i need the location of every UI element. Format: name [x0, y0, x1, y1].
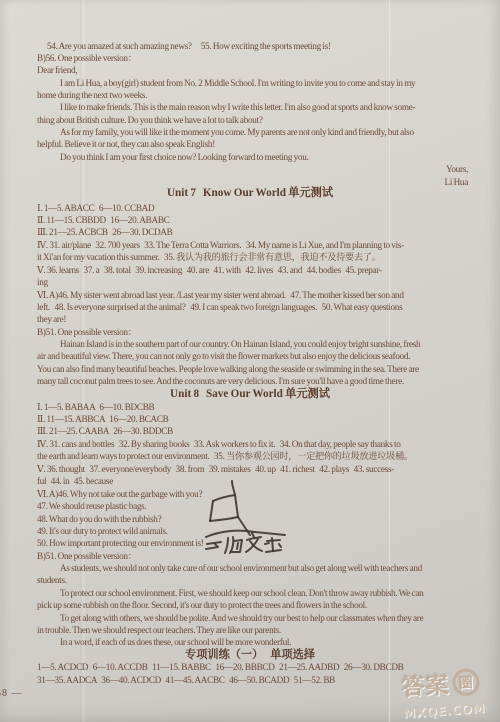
text-line: left. 48. Is everyone surprised at the a… — [37, 301, 402, 313]
text-line: Unit 8 Save Our World 单元测试 — [0, 388, 500, 400]
text-line: I like to make friends. This is the main… — [60, 101, 415, 113]
text-line: I am Li Hua, a boy(girl) student from No… — [60, 77, 415, 89]
text-line: Ⅲ. 21—25. CAABA 26—30. BDDCB — [37, 425, 173, 437]
text-line: You can also find many beautiful beaches… — [37, 363, 419, 375]
text-line: the earth and learn ways to protect our … — [37, 450, 413, 462]
text-line: Hainan Island is in the southern part of… — [60, 338, 420, 350]
text-line: thing about British culture. Do you thin… — [37, 114, 263, 126]
text-line: In a word, if each of us does these, our… — [60, 636, 291, 648]
text-line: Ⅵ. A)46. My sister went abroad last year… — [37, 289, 404, 301]
text-line: ful 44. in 45. because — [37, 475, 113, 487]
text-line: As for my family, you will like it the m… — [60, 126, 414, 138]
text-line: Ⅵ. A)46. Why not take out the garbage wi… — [37, 488, 202, 500]
handwritten-doodle — [205, 478, 315, 578]
page-number: 58 — — [0, 688, 23, 699]
scanned-answer-page: 54. Are you amazed at such amazing news?… — [0, 0, 500, 722]
text-line: Ⅳ. 31. cans and bottles 32. By sharing b… — [37, 438, 401, 450]
text-line: Ⅳ. 31. air/plane 32. 700 years 33. The T… — [37, 239, 404, 251]
text-line: pick up some rubbish on the floor. Secon… — [37, 599, 367, 611]
text-line: 31—35. AADCA 36—40. ACDCD 41—45. AACBC 4… — [37, 674, 335, 686]
text-line: 54. Are you amazed at such amazing news?… — [47, 40, 331, 52]
text-line: home during the next two weeks. — [37, 89, 147, 101]
text-line: Yours, — [446, 163, 468, 175]
text-line: ing — [37, 276, 48, 288]
text-line: air and beautiful view. There, you can n… — [37, 350, 410, 362]
text-line: B)51. One possible version： — [37, 550, 137, 562]
text-lines: 54. Are you amazed at such amazing news?… — [0, 0, 500, 722]
text-line: students. — [37, 574, 67, 586]
text-line: Dear friend, — [37, 64, 77, 76]
text-line: Do you think I am your first choice now?… — [60, 151, 309, 163]
text-line: Ⅴ. 36. learns 37. a 38. total 39. increa… — [37, 264, 382, 276]
text-line: Ⅱ. 11—15. CBBDD 16—20. ABABC — [37, 214, 170, 226]
text-line: 49. It's our duty to protect wild animal… — [37, 525, 168, 537]
text-line: Ⅰ. 1—5. BABAA 6—10. BDCBB — [37, 401, 154, 413]
text-line: Ⅱ. 11—15. ABBCA 16—20. BCACB — [37, 413, 169, 425]
text-line: 47. We should reuse plastic bags. — [37, 500, 146, 512]
text-line: To protect our school environment. First… — [60, 587, 423, 599]
watermark-brand-text: 答案 — [401, 667, 451, 702]
text-line: B)56. One possible version： — [37, 52, 137, 64]
watermark-logo: 答案圈 MXQE.COM — [401, 665, 486, 720]
text-line: Ⅲ. 21—25. ACBCB 26—30. DCDAB — [37, 226, 172, 238]
text-line: many tall coconut palm trees to see. And… — [37, 375, 404, 387]
watermark-brand-circle-icon: 圈 — [452, 668, 480, 696]
text-line: To get along with others, we should be p… — [60, 612, 423, 624]
text-line: 1—5. ACDCD 6—10. ACCDB 11—15. BABBC 16—2… — [37, 661, 403, 673]
text-line: 50. How important protecting our environ… — [37, 537, 204, 549]
text-line: it Xi'an for my vacation this summer. 35… — [37, 251, 381, 263]
watermark-brand: 答案圈 — [401, 665, 485, 702]
text-line: they are! — [37, 313, 66, 325]
text-line: in trouble. Then we should respect our t… — [37, 624, 281, 636]
text-line: Ⅰ. 1—5. ABACC 6—10. CCBAD — [37, 202, 154, 214]
text-line: B)51. One possible version： — [37, 326, 137, 338]
text-line: 专项训练（一） 单项选择 — [0, 649, 500, 661]
text-line: 48. What do you do with the rubbish? — [37, 513, 161, 525]
text-line: helpful. Believe it or not, they can als… — [37, 138, 215, 150]
text-line: Ⅴ. 36. thought 37. everyone/everybody 38… — [37, 463, 394, 475]
text-line: Unit 7 Know Our World 单元测试 — [0, 187, 500, 199]
